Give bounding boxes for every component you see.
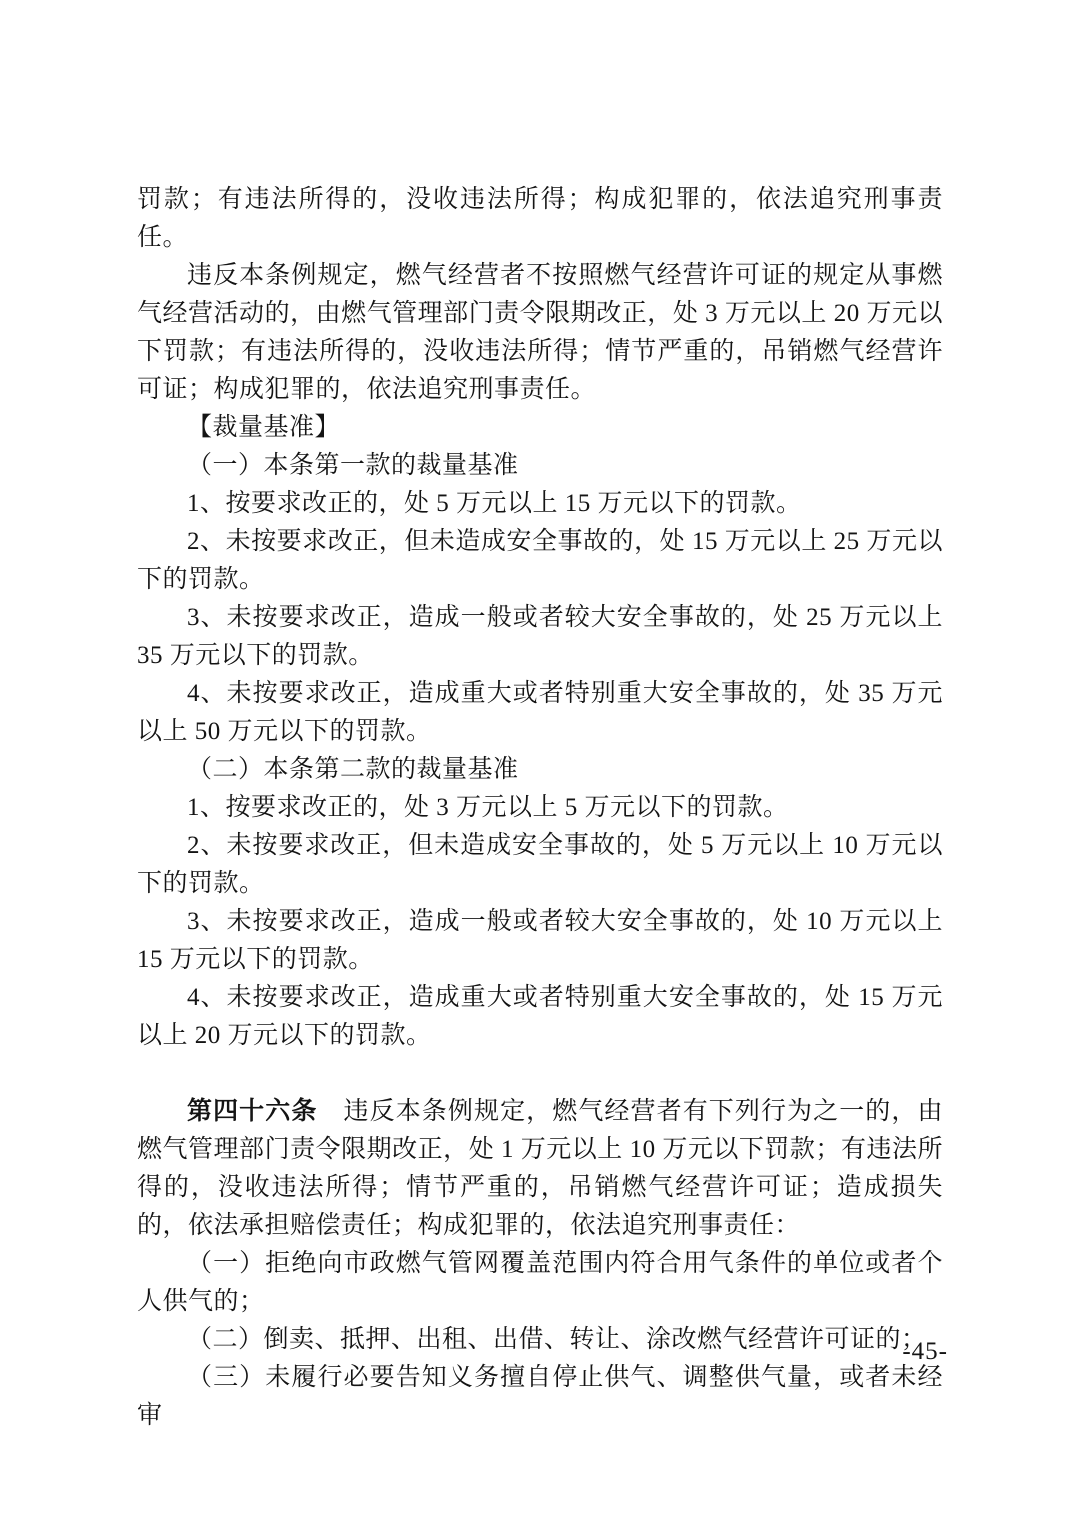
document-page: 罚款；有违法所得的，没收违法所得；构成犯罪的，依法追究刑事责任。 违反本条例规定… (0, 0, 1075, 1520)
list-item-clause1-4: 4、未按要求改正，造成重大或者特别重大安全事故的，处 35 万元以上 50 万元… (137, 675, 943, 751)
article-number: 第四十六条 (187, 1098, 317, 1125)
section-heading-discretion-standards: 【裁量基准】 (137, 409, 943, 447)
list-item-clause2-2: 2、未按要求改正，但未造成安全事故的，处 5 万元以上 10 万元以下的罚款。 (137, 827, 943, 903)
list-item-clause2-3: 3、未按要求改正，造成一般或者较大安全事故的，处 10 万元以上 15 万元以下… (137, 903, 943, 979)
blank-line (137, 1055, 943, 1093)
list-item-clause2-4: 4、未按要求改正，造成重大或者特别重大安全事故的，处 15 万元以上 20 万元… (137, 979, 943, 1055)
list-item-clause2-1: 1、按要求改正的，处 3 万元以上 5 万元以下的罚款。 (137, 789, 943, 827)
article-46-item-3: （三）未履行必要告知义务擅自停止供气、调整供气量，或者未经审 (137, 1359, 943, 1435)
list-item-clause1-3: 3、未按要求改正，造成一般或者较大安全事故的，处 25 万元以上 35 万元以下… (137, 599, 943, 675)
article-46-item-2: （二）倒卖、抵押、出租、出借、转让、涂改燃气经营许可证的； (137, 1321, 943, 1359)
article-46-paragraph: 第四十六条 违反本条例规定，燃气经营者有下列行为之一的，由燃气管理部门责令限期改… (137, 1093, 943, 1245)
subsection-heading-clause2: （二）本条第二款的裁量基准 (137, 751, 943, 789)
subsection-heading-clause1: （一）本条第一款的裁量基准 (137, 447, 943, 485)
list-item-clause1-1: 1、按要求改正的，处 5 万元以上 15 万元以下的罚款。 (137, 485, 943, 523)
penalty-paragraph: 违反本条例规定，燃气经营者不按照燃气经营许可证的规定从事燃气经营活动的，由燃气管… (137, 257, 943, 409)
article-46-item-1: （一）拒绝向市政燃气管网覆盖范围内符合用气条件的单位或者个人供气的； (137, 1245, 943, 1321)
continuation-paragraph: 罚款；有违法所得的，没收违法所得；构成犯罪的，依法追究刑事责任。 (137, 181, 943, 257)
page-number: -45- (902, 1338, 948, 1366)
list-item-clause1-2: 2、未按要求改正，但未造成安全事故的，处 15 万元以上 25 万元以下的罚款。 (137, 523, 943, 599)
document-body: 罚款；有违法所得的，没收违法所得；构成犯罪的，依法追究刑事责任。 违反本条例规定… (137, 181, 943, 1435)
